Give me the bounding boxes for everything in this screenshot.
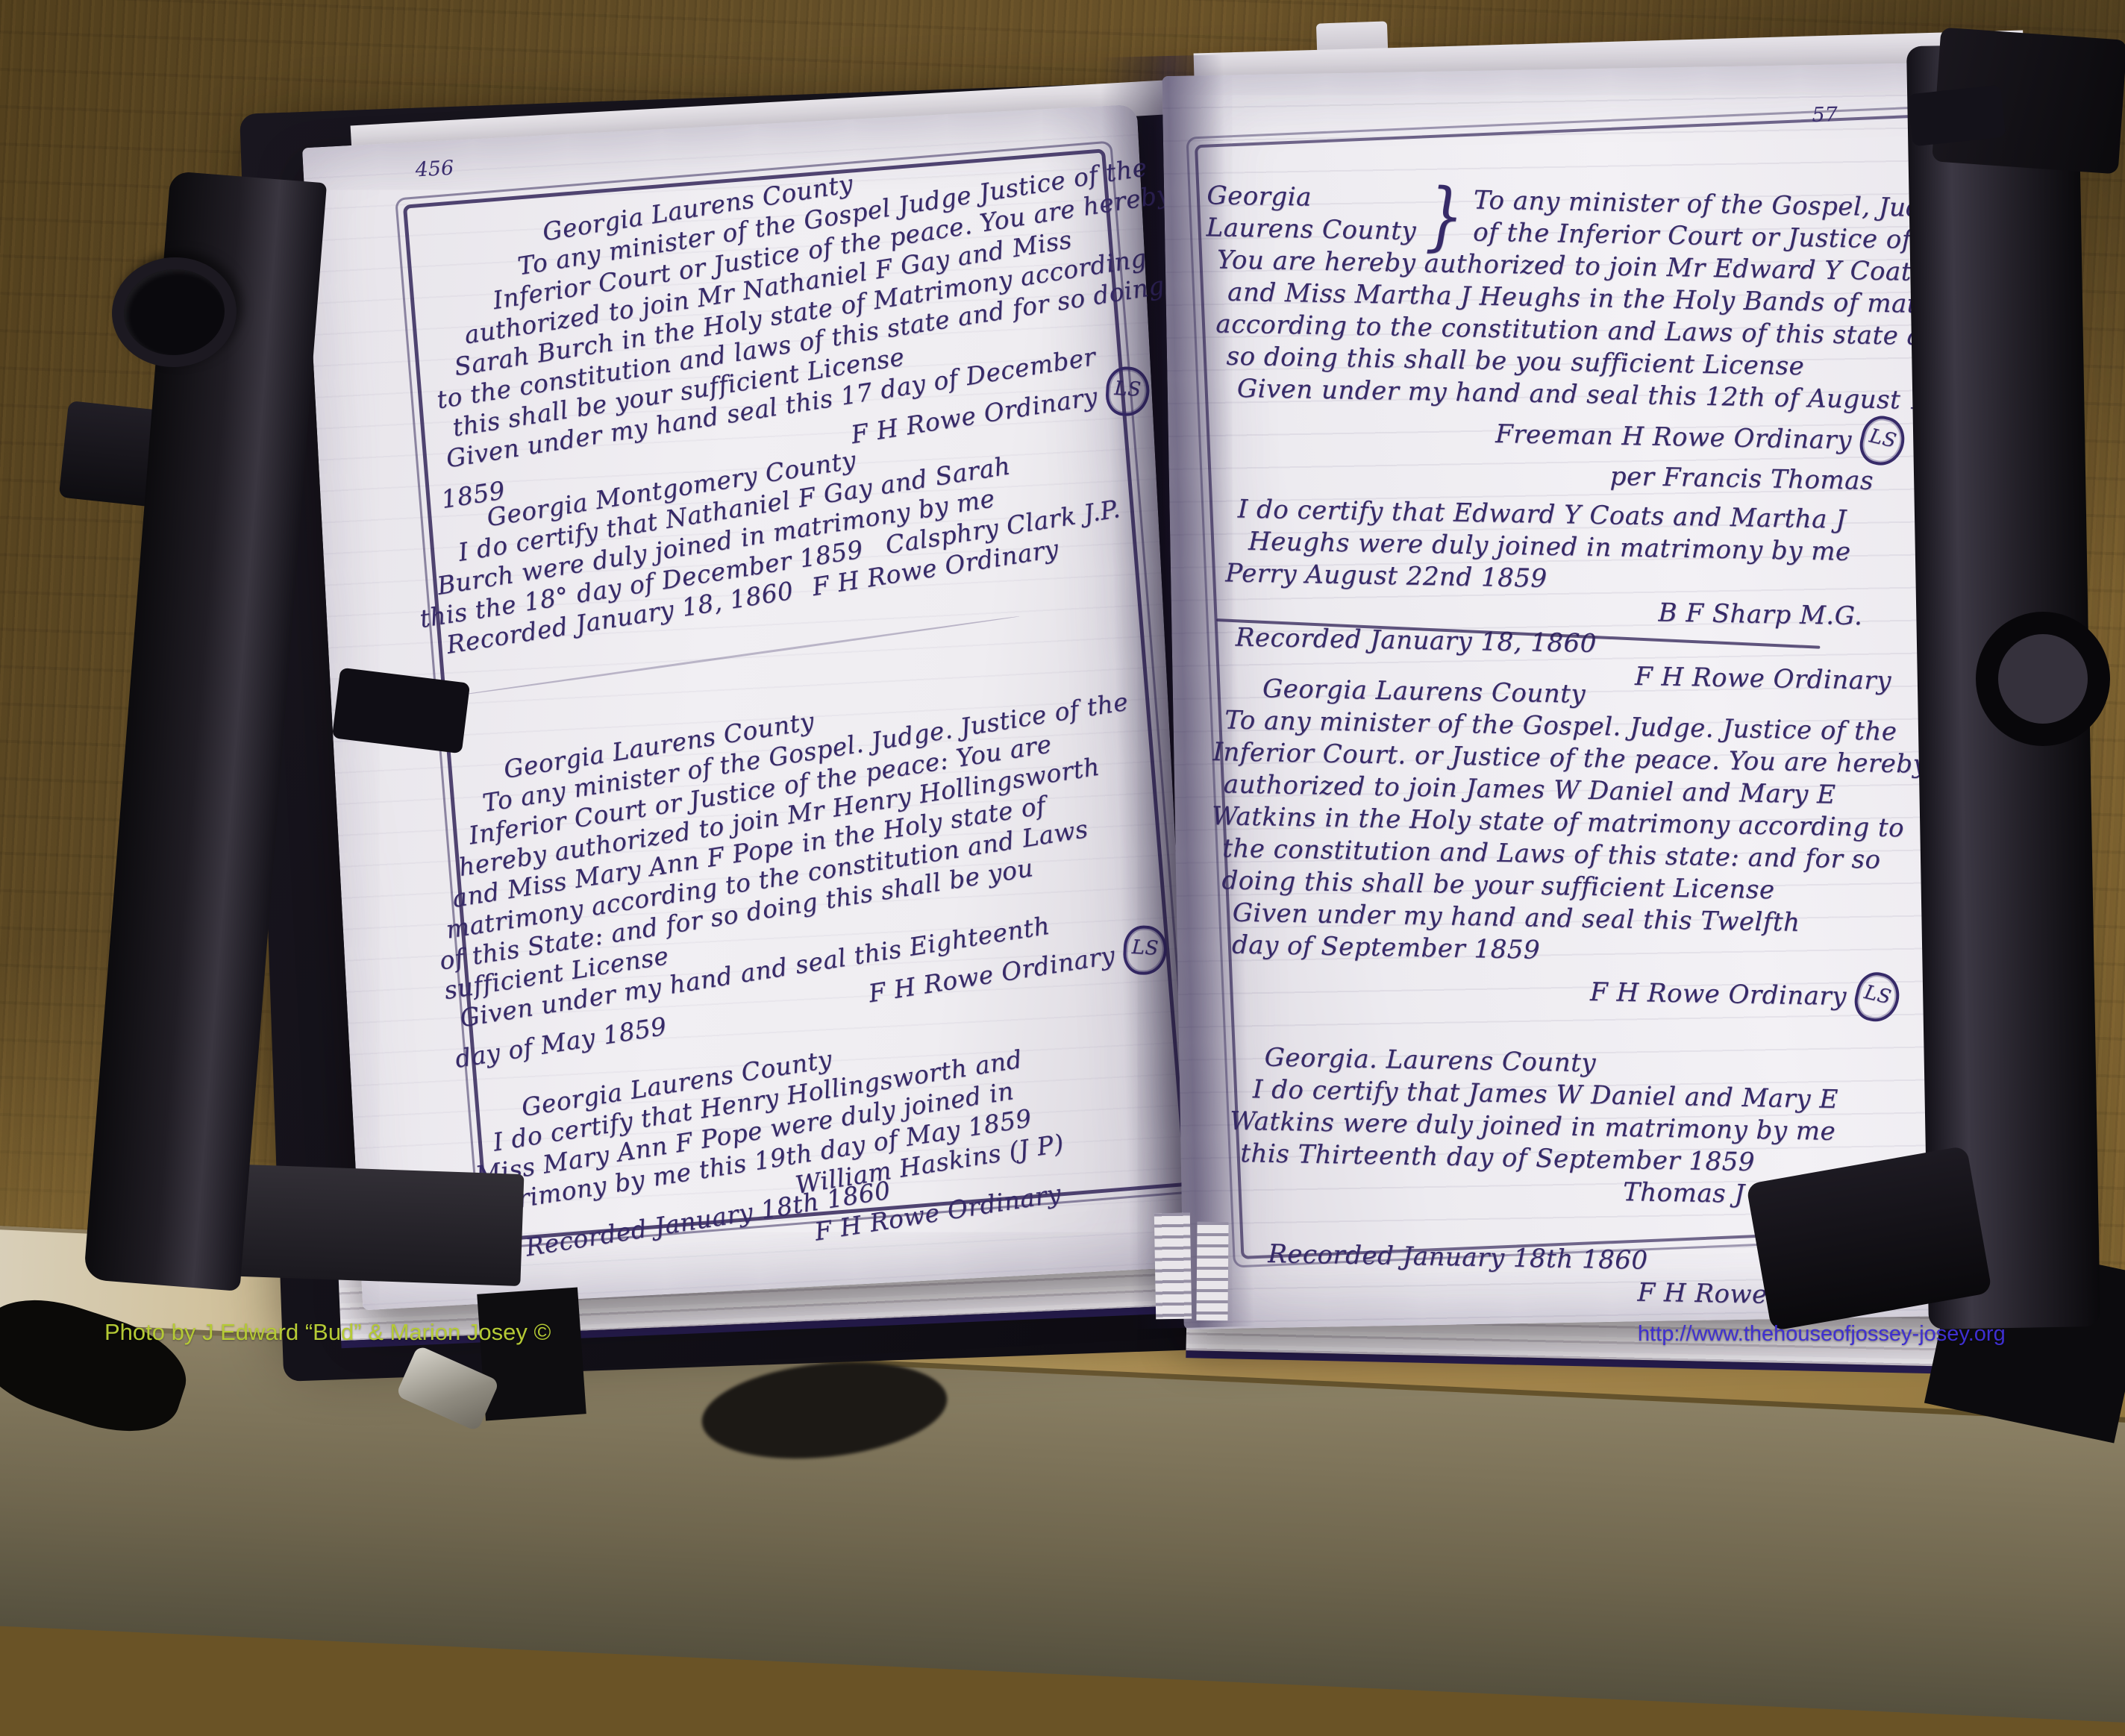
- marriage-license-record: Georgia Laurens County } To any minister…: [1202, 180, 1976, 499]
- handwritten-line: Laurens County: [1206, 212, 1416, 248]
- page-clamp-finger-right: [1908, 85, 2006, 147]
- page-number-left: 456: [415, 157, 454, 182]
- marriage-license-record: Georgia Laurens County To any minister o…: [1208, 672, 1971, 1024]
- seal-flourish: LS: [1856, 412, 1909, 469]
- brace-glyph: }: [1425, 184, 1465, 248]
- gutter-binding-tape: [1154, 1213, 1192, 1320]
- page-number-right: 57: [1812, 103, 1838, 127]
- place-column: Georgia Laurens County: [1206, 180, 1417, 248]
- website-url-watermark: http://www.thehouseofjossey-josey.org: [1638, 1322, 2006, 1347]
- handwritten-line: Georgia: [1207, 180, 1417, 216]
- gutter-binding-tape: [1196, 1222, 1228, 1320]
- photo-credit-watermark: Photo by J Edward “Bud” & Marion Josey ©: [104, 1319, 551, 1346]
- marriage-certification-record: I do certify that Edward Y Coats and Mar…: [1212, 493, 1962, 698]
- seal-flourish: LS: [1850, 968, 1903, 1026]
- press-knob-right: [1976, 612, 2110, 746]
